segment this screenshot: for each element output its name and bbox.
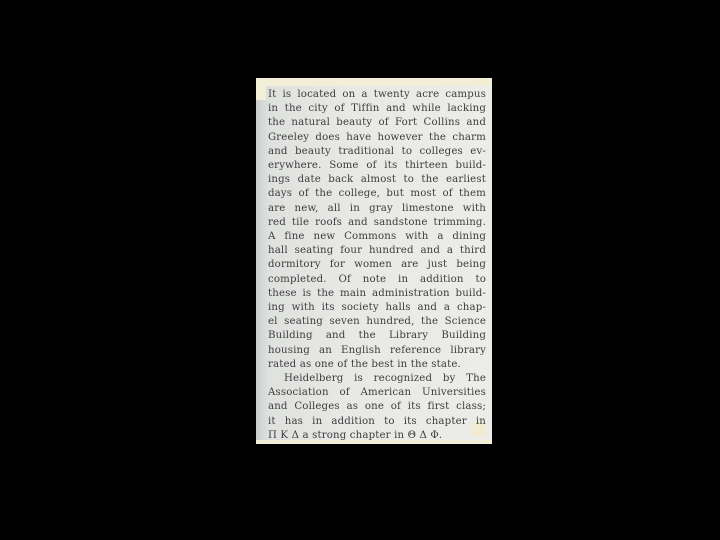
paper-edge-top xyxy=(256,78,492,86)
paper-edge-left xyxy=(256,78,266,100)
text-line: and Colleges as one of its first class; xyxy=(268,400,486,414)
text-line: erywhere. Some of its thirteen build- xyxy=(268,159,486,173)
text-line: the natural beauty of Fort Collins and xyxy=(268,116,486,130)
text-line: these is the main administration build- xyxy=(268,287,486,301)
text-line: A fine new Commons with a dining xyxy=(268,230,486,244)
text-line: Π Κ Δ a strong chapter in Θ Δ Φ. xyxy=(268,429,486,443)
text-line: Association of American Universities xyxy=(268,386,486,400)
text-line: Greeley does have however the charm xyxy=(268,131,486,145)
article-text: It is located on a twenty acre campus in… xyxy=(268,88,486,443)
text-line: ing with its society halls and a chap- xyxy=(268,301,486,315)
text-line: It is located on a twenty acre campus xyxy=(268,88,486,102)
text-line: it has in addition to its chapter in xyxy=(268,415,486,429)
text-line: el seating seven hundred, the Science xyxy=(268,315,486,329)
text-line: dormitory for women are just being xyxy=(268,258,486,272)
text-line: are new, all in gray limestone with xyxy=(268,202,486,216)
text-line: Building and the Library Building xyxy=(268,329,486,343)
text-line: and beauty traditional to colleges ev- xyxy=(268,145,486,159)
newspaper-clipping: It is located on a twenty acre campus in… xyxy=(256,78,492,444)
text-line: housing an English reference library xyxy=(268,344,486,358)
text-line: red tile roofs and sandstone trimming. xyxy=(268,216,486,230)
text-line: days of the college, but most of them xyxy=(268,187,486,201)
text-line: Heidelberg is recognized by The xyxy=(268,372,486,386)
text-line: hall seating four hundred and a third xyxy=(268,244,486,258)
text-line: rated as one of the best in the state. xyxy=(268,358,486,372)
text-line: in the city of Tiffin and while lacking xyxy=(268,102,486,116)
text-line: ings date back almost to the earliest xyxy=(268,173,486,187)
text-line: completed. Of note in addition to xyxy=(268,273,486,287)
